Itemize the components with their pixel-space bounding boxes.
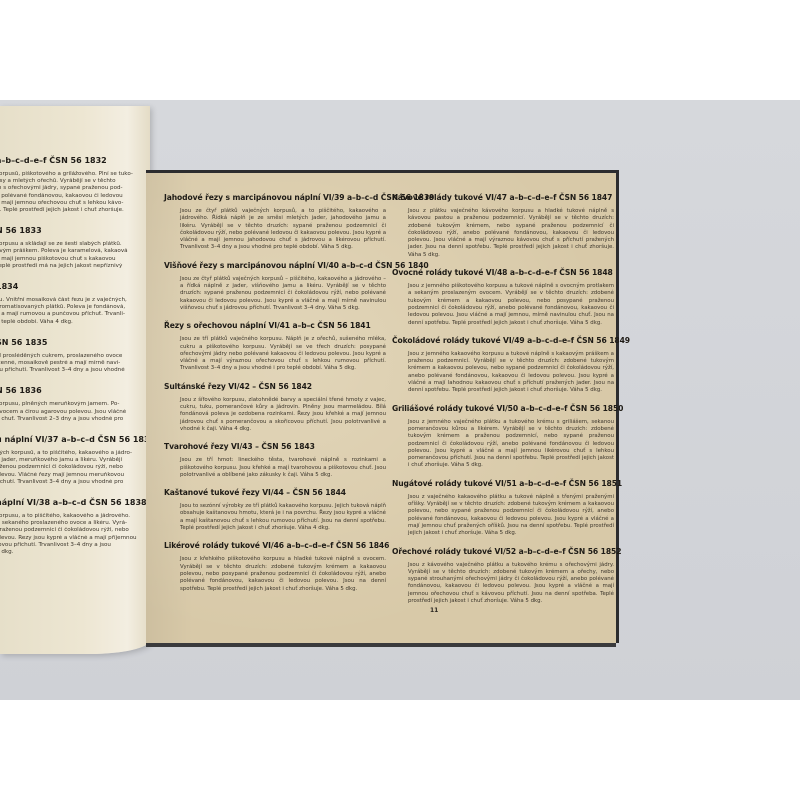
entry-title: Tvarohové řezy VI/43 – ČSN 56 1843 (164, 442, 386, 451)
product-entry: Kávové rolády tukové VI/47 a–b–c–d–e–f Č… (392, 193, 614, 259)
entry-body: Jsou z plátku vaječného kávového korpusu… (408, 208, 614, 259)
entry-body: Jsou z jemného piškotového korpusu a tuk… (408, 283, 614, 327)
entry-title: Jahodové řezy s marcipánovou náplní VI/3… (164, 193, 386, 202)
entry-line: o teplé období. Váha 4 dkg. (0, 319, 144, 326)
entry-title: Višňové řezy s marcipánovou náplní VI/40… (164, 261, 386, 270)
entry-title: náplní VI/38 a–b–c–d ČSN 56 1838 (0, 498, 144, 507)
entry-line: u. Teplé prostředí jejich jakost i chuť … (0, 207, 144, 214)
entry-line: lčenné, mosaikově pestré a mají mírně na… (0, 360, 144, 367)
entry-title: a–b–c–d–e–f ČSN 56 1832 (0, 156, 144, 165)
entry-line: a mají jemnou piškotovou chuť s kakaovou (0, 256, 144, 263)
right-page: Jahodové řezy s marcipánovou náplní VI/3… (146, 170, 619, 643)
entry-body: Jsou z křehkého piškotového korpusu a hl… (180, 556, 386, 592)
entry-title: Čokoládové rolády tukové VI/49 a–b–c–d–e… (392, 336, 614, 345)
entry-title: Likérové rolády tukové VI/46 a–b–c–d–e–f… (164, 541, 386, 550)
entry-title: Griliášové rolády tukové VI/50 a–b–c–d–e… (392, 404, 614, 413)
left-page: a–b–c–d–e–f ČSN 56 1832 korpusů, piškoto… (0, 106, 150, 654)
left-entry: 1834 su. Vnitřní mosaiková část řezu je … (0, 282, 144, 326)
entry-line: su. Vnitřní mosaiková část řezu je z vaj… (0, 297, 144, 304)
product-entry: Ořechové rolády tukové VI/52 a–b–c–d–e–f… (392, 547, 614, 606)
entry-body: Jsou to sezónní výrobky ze tří plátků ka… (180, 503, 386, 532)
product-entry: Višňové řezy s marcipánovou náplní VI/40… (164, 261, 386, 312)
product-entry: Griliášové rolády tukové VI/50 a–b–c–d–e… (392, 404, 614, 470)
entry-title: Řezy s ořechovou náplní VI/41 a–b–c ČSN … (164, 321, 386, 330)
entry-line: ou příchutí. Trvanlivost 3–4 dny a jsou … (0, 367, 144, 374)
product-entry: Nugátové rolády tukové VI/51 a–b–c–d–e–f… (392, 479, 614, 538)
entry-line: korpusu, a to piščitého, kakaového a jád… (0, 513, 144, 520)
entry-line: aromatisovaných plátků. Poleva je fondán… (0, 304, 144, 311)
product-entry: Řezy s ořechovou náplní VI/41 a–b–c ČSN … (164, 321, 386, 372)
left-entry: u náplní VI/37 a–b–c–d ČSN 56 1837 ných … (0, 435, 144, 486)
entry-body: Jsou ze čtyř plátků vaječných korpusů – … (180, 276, 386, 312)
entry-body: Jsou z kávového vaječného plátku a tukov… (408, 562, 614, 606)
entry-line: korpusu, plněných meruňkovým jamem. Po- (0, 401, 144, 408)
entry-title: Kávové rolády tukové VI/47 a–b–c–d–e–f Č… (392, 193, 614, 202)
entry-body: Jsou ze tří hmot: lineckého těsta, tvaro… (180, 457, 386, 479)
entry-line: a mají jemnou ořechovou chuť s lehkou ká… (0, 200, 144, 207)
entry-line: 5 dkg. (0, 549, 144, 556)
entry-line: aženou podzemnicí či čokoládovou rýží, n… (0, 464, 144, 471)
right-page-left-column: Jahodové řezy s marcipánovou náplní VI/3… (164, 193, 386, 602)
entry-title: Kaštanové tukové řezy VI/44 – ČSN 56 184… (164, 488, 386, 497)
product-entry: Likérové rolády tukové VI/46 a–b–c–d–e–f… (164, 541, 386, 592)
entry-body: Jsou z šífového korpusu, zlatohnědé barv… (180, 397, 386, 433)
left-entry: a–b–c–d–e–f ČSN 56 1832 korpusů, piškoto… (0, 156, 144, 214)
entry-title: 1834 (0, 282, 144, 291)
entry-title: SN 56 1835 (0, 338, 144, 347)
entry-title: Sultánské řezy VI/42 – ČSN 56 1842 (164, 382, 386, 391)
entry-line: rovou příchutí. Trvanlivost 3–4 dny a js… (0, 542, 144, 549)
product-entry: Tvarohové řezy VI/43 – ČSN 56 1843 Jsou … (164, 442, 386, 479)
entry-line: r, sekaného proslazeného ovoce a likéru.… (0, 520, 144, 527)
product-entry: Jahodové řezy s marcipánovou náplní VI/3… (164, 193, 386, 252)
entry-title: Ovocné rolády tukové VI/48 a–b–c–d–e–f Č… (392, 268, 614, 277)
entry-body: Jsou ze čtyř plátků vaječných korpusů, a… (180, 208, 386, 252)
entry-line: praženou podzemnicí či čokoládovou rýží,… (0, 527, 144, 534)
left-page-column: a–b–c–d–e–f ČSN 56 1832 korpusů, piškoto… (0, 156, 144, 568)
entry-title: u náplní VI/37 a–b–c–d ČSN 56 1837 (0, 435, 144, 444)
page-number: 11 (430, 607, 438, 614)
entry-title: N 56 1833 (0, 226, 144, 235)
entry-line: usy a mletých ořechů. Vyrábějí se v těch… (0, 178, 144, 185)
entry-body: Jsou z vaječného kakaového plátku a tuko… (408, 494, 614, 538)
entry-line: ovocem a čirou agarovou polevou. Jsou vl… (0, 409, 144, 416)
entry-line: olevou. Vláčné řezy mají jemnou meruňkov… (0, 472, 144, 479)
entry-line: m s ořechovými jádry, sypané praženou po… (0, 185, 144, 192)
entry-title: N 56 1836 (0, 386, 144, 395)
product-entry: Ovocné rolády tukové VI/48 a–b–c–d–e–f Č… (392, 268, 614, 327)
left-entry: N 56 1833 korpusu a skládají se ze šesti… (0, 226, 144, 270)
entry-line: u chuť. Trvanlivost 2–3 dny a jsou vhodn… (0, 416, 144, 423)
left-entry: SN 56 1835 ol prosléděných cukrem, prosl… (0, 338, 144, 375)
product-entry: Čokoládové rolády tukové VI/49 a–b–c–d–e… (392, 336, 614, 395)
entry-line: korpusu a skládají se ze šesti slabých p… (0, 241, 144, 248)
entry-line: korpusů, piškotového a grilážového. Plní… (0, 171, 144, 178)
right-page-right-column: Kávové rolády tukové VI/47 a–b–c–d–e–f Č… (392, 193, 614, 614)
entry-line: á a mají rumovou a punčovou příchuť. Trv… (0, 311, 144, 318)
entry-line: ných korpusů, a to piščitého, kakaového … (0, 450, 144, 457)
entry-line: ovým práškem. Poleva je karamelová, kaka… (0, 248, 144, 255)
entry-line: Teplé prostředí má na jejich jakost nepř… (0, 263, 144, 270)
entry-line: olevou. Řezy jsou kypré a vláčné a mají … (0, 535, 144, 542)
entry-body: Jsou ze tří plátků vaječného korpusu. Ná… (180, 336, 386, 372)
entry-title: Nugátové rolády tukové VI/51 a–b–c–d–e–f… (392, 479, 614, 488)
left-entry: náplní VI/38 a–b–c–d ČSN 56 1838 korpusu… (0, 498, 144, 556)
product-entry: Sultánské řezy VI/42 – ČSN 56 1842 Jsou … (164, 382, 386, 433)
left-entry: N 56 1836 korpusu, plněných meruňkovým j… (0, 386, 144, 423)
entry-body: Jsou z jemného vaječného plátku a tukové… (408, 419, 614, 470)
entry-line: h jader, meruňkového jamu a likéru. Vyrá… (0, 457, 144, 464)
entry-line: ol prosléděných cukrem, proslazeného ovo… (0, 353, 144, 360)
entry-body: Jsou z jemného kakaového korpusu a tukov… (408, 351, 614, 395)
entry-title: Ořechové rolády tukové VI/52 a–b–c–d–e–f… (392, 547, 614, 556)
product-entry: Kaštanové tukové řezy VI/44 – ČSN 56 184… (164, 488, 386, 532)
entry-line: říchutí. Trvanlivost 3–4 dny a jsou vhod… (0, 479, 144, 486)
entry-line: o polévané fondánovou, kakaovou či ledov… (0, 193, 144, 200)
